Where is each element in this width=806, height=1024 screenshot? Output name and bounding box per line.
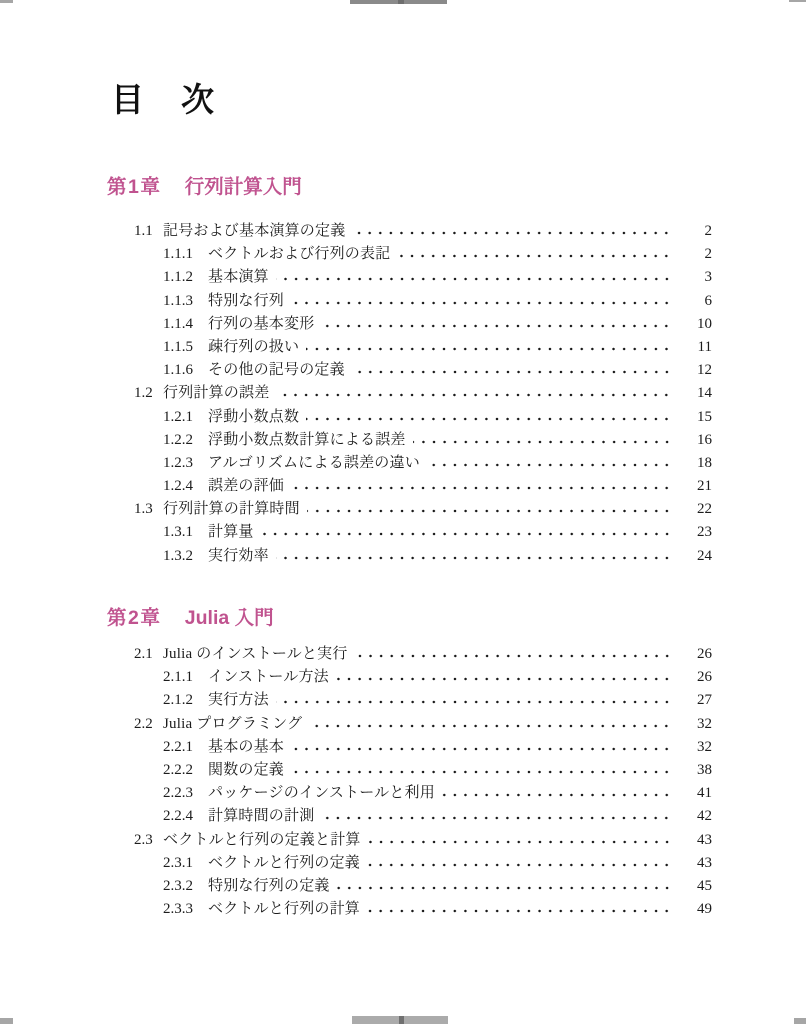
- entry-number: 1.1.2: [163, 266, 208, 289]
- entry-title: ベクトルと行列の定義と計算: [163, 829, 361, 852]
- dot-leader: [442, 793, 672, 797]
- entry-number: 2.3.1: [163, 852, 208, 875]
- entry-title: ベクトルと行列の定義: [208, 852, 360, 875]
- entry-title: アルゴリズムによる誤差の違い: [208, 452, 420, 475]
- toc-entry: 2.1 Julia のインストールと実行 26: [134, 643, 712, 666]
- entry-page-number: 43: [682, 829, 712, 852]
- dot-leader: [367, 909, 672, 913]
- viewer-edge-tick-top: [398, 0, 404, 4]
- entry-title: パッケージのインストールと利用: [208, 782, 435, 805]
- entry-number: 1.1.1: [163, 243, 208, 266]
- dot-leader: [321, 324, 672, 328]
- entry-title: 基本の基本: [208, 736, 284, 759]
- entry-number: 1.1.3: [163, 290, 208, 313]
- viewer-edge-mark-bottom-left: [0, 1018, 13, 1024]
- toc-entry: 1.3 行列計算の計算時間 22: [134, 498, 712, 521]
- entry-title: 基本演算: [208, 266, 269, 289]
- entry-title: 計算量: [208, 521, 254, 544]
- entry-number: 2.1.2: [163, 689, 208, 712]
- toc-entry: 1.1.5 疎行列の扱い 11: [134, 336, 712, 359]
- toc-entry: 2.2.2 関数の定義 38: [134, 759, 712, 782]
- dot-leader: [367, 863, 672, 867]
- entry-page-number: 41: [682, 782, 712, 805]
- toc-entry: 1.2.2 浮動小数点数計算による誤差 16: [134, 429, 712, 452]
- entry-number: 1.2.1: [163, 406, 208, 429]
- entry-title: 計算時間の計測: [208, 805, 314, 828]
- entry-number: 2.2.1: [163, 736, 208, 759]
- entry-title: その他の記号の定義: [208, 359, 345, 382]
- toc-entry: 1.2.4 誤差の評価 21: [134, 475, 712, 498]
- dot-leader: [427, 463, 672, 467]
- dot-leader: [337, 886, 672, 890]
- entry-page-number: 32: [682, 736, 712, 759]
- dot-leader: [368, 840, 672, 844]
- toc-entry: 1.1 記号および基本演算の定義 2: [134, 220, 712, 243]
- entry-title: 行列計算の計算時間: [163, 498, 300, 521]
- entry-number: 2.3.2: [163, 875, 208, 898]
- toc-entry: 2.3.1 ベクトルと行列の定義 43: [134, 852, 712, 875]
- entry-number: 1.3: [134, 498, 163, 521]
- dot-leader: [321, 816, 672, 820]
- dot-leader: [291, 747, 672, 751]
- dot-leader: [306, 347, 672, 351]
- entry-page-number: 2: [682, 243, 712, 266]
- toc-entry: 2.2.4 計算時間の計測 42: [134, 805, 712, 828]
- entry-page-number: 3: [682, 266, 712, 289]
- entry-page-number: 18: [682, 452, 712, 475]
- toc-entry: 2.3 ベクトルと行列の定義と計算 43: [134, 829, 712, 852]
- entry-title: ベクトルと行列の計算: [208, 898, 360, 921]
- entry-page-number: 45: [682, 875, 712, 898]
- entry-page-number: 49: [682, 898, 712, 921]
- entry-number: 2.1: [134, 643, 163, 666]
- entry-page-number: 11: [682, 336, 712, 359]
- entry-title: 特別な行列の定義: [208, 875, 330, 898]
- toc-entry: 1.1.2 基本演算 3: [134, 266, 712, 289]
- entry-page-number: 32: [682, 713, 712, 736]
- entry-title: 実行効率: [208, 545, 269, 568]
- entry-title: 行列計算の誤差: [163, 382, 269, 405]
- toc-page: 目 次 第1章 行列計算入門 1.1 記号および基本演算の定義 2 1.1.1 …: [0, 0, 806, 1024]
- dot-leader: [413, 440, 672, 444]
- entry-number: 2.2.2: [163, 759, 208, 782]
- entry-title: 疎行列の扱い: [208, 336, 299, 359]
- entry-page-number: 24: [682, 545, 712, 568]
- entry-number: 1.2: [134, 382, 163, 405]
- toc-entry: 1.3.1 計算量 23: [134, 521, 712, 544]
- dot-leader: [276, 700, 672, 704]
- entry-page-number: 43: [682, 852, 712, 875]
- page-title: 目 次: [111, 74, 216, 121]
- dot-leader: [276, 556, 672, 560]
- toc-entry: 1.3.2 実行効率 24: [134, 545, 712, 568]
- chapter-2-entries: 2.1 Julia のインストールと実行 26 2.1.1 インストール方法 2…: [134, 643, 712, 921]
- entry-page-number: 10: [682, 313, 712, 336]
- entry-number: 1.1.6: [163, 359, 208, 382]
- dot-leader: [352, 231, 672, 235]
- dot-leader: [355, 654, 672, 658]
- entry-page-number: 6: [682, 290, 712, 313]
- entry-number: 2.3: [134, 829, 163, 852]
- entry-number: 2.3.3: [163, 898, 208, 921]
- entry-page-number: 27: [682, 689, 712, 712]
- entry-title: 記号および基本演算の定義: [163, 220, 345, 243]
- toc-entry: 2.2 Julia プログラミング 32: [134, 713, 712, 736]
- entry-page-number: 14: [682, 382, 712, 405]
- entry-title: ベクトルおよび行列の表記: [208, 243, 390, 266]
- toc-entry: 1.1.1 ベクトルおよび行列の表記 2: [134, 243, 712, 266]
- entry-page-number: 21: [682, 475, 712, 498]
- chapter-2-title: Julia 入門: [185, 607, 274, 629]
- dot-leader: [261, 532, 672, 536]
- entry-page-number: 26: [682, 643, 712, 666]
- dot-leader: [336, 677, 672, 681]
- entry-number: 1.1.4: [163, 313, 208, 336]
- entry-title: 誤差の評価: [208, 475, 284, 498]
- viewer-edge-mark-top-right: [789, 0, 806, 2]
- entry-number: 1.2.3: [163, 452, 208, 475]
- chapter-1-heading: 第1章 行列計算入門: [107, 175, 302, 199]
- dot-leader: [276, 277, 672, 281]
- entry-number: 1.2.2: [163, 429, 208, 452]
- dot-leader: [352, 370, 672, 374]
- entry-number: 1.2.4: [163, 475, 208, 498]
- toc-entry: 1.1.3 特別な行列 6: [134, 290, 712, 313]
- entry-page-number: 15: [682, 406, 712, 429]
- entry-title: 行列の基本変形: [208, 313, 314, 336]
- entry-page-number: 23: [682, 521, 712, 544]
- dot-leader: [291, 301, 672, 305]
- entry-number: 1.1: [134, 220, 163, 243]
- entry-number: 2.2: [134, 713, 163, 736]
- dot-leader: [306, 417, 672, 421]
- chapter-2-label: 第2章: [107, 607, 161, 629]
- dot-leader: [291, 770, 672, 774]
- viewer-edge-mark-bottom-right: [794, 1018, 806, 1024]
- entry-title: 関数の定義: [208, 759, 284, 782]
- entry-number: 2.2.3: [163, 782, 208, 805]
- viewer-edge-tick-bottom: [399, 1016, 404, 1024]
- toc-entry: 2.2.1 基本の基本 32: [134, 736, 712, 759]
- entry-number: 1.1.5: [163, 336, 208, 359]
- toc-entry: 2.1.2 実行方法 27: [134, 689, 712, 712]
- toc-entry: 1.2.1 浮動小数点数 15: [134, 406, 712, 429]
- toc-entry: 1.2.3 アルゴリズムによる誤差の違い 18: [134, 452, 712, 475]
- toc-entry: 1.2 行列計算の誤差 14: [134, 382, 712, 405]
- entry-number: 2.1.1: [163, 666, 208, 689]
- entry-title: 浮動小数点数: [208, 406, 299, 429]
- entry-title: 特別な行列: [208, 290, 284, 313]
- dot-leader: [397, 254, 672, 258]
- toc-entry: 1.1.6 その他の記号の定義 12: [134, 359, 712, 382]
- toc-entry: 2.1.1 インストール方法 26: [134, 666, 712, 689]
- entry-title: Julia プログラミング: [163, 713, 302, 736]
- entry-page-number: 2: [682, 220, 712, 243]
- entry-title: 実行方法: [208, 689, 269, 712]
- toc-entry: 2.3.2 特別な行列の定義 45: [134, 875, 712, 898]
- chapter-2-heading: 第2章 Julia 入門: [107, 606, 274, 630]
- entry-page-number: 42: [682, 805, 712, 828]
- entry-page-number: 12: [682, 359, 712, 382]
- entry-number: 1.3.2: [163, 545, 208, 568]
- entry-title: 浮動小数点数計算による誤差: [208, 429, 406, 452]
- dot-leader: [307, 509, 672, 513]
- toc-entry: 2.2.3 パッケージのインストールと利用 41: [134, 782, 712, 805]
- chapter-1-entries: 1.1 記号および基本演算の定義 2 1.1.1 ベクトルおよび行列の表記 2 …: [134, 220, 712, 568]
- dot-leader: [309, 724, 672, 728]
- toc-entry: 1.1.4 行列の基本変形 10: [134, 313, 712, 336]
- dot-leader: [291, 486, 672, 490]
- toc-entry: 2.3.3 ベクトルと行列の計算 49: [134, 898, 712, 921]
- chapter-1-title: 行列計算入門: [185, 176, 302, 198]
- entry-title: Julia のインストールと実行: [163, 643, 348, 666]
- entry-number: 2.2.4: [163, 805, 208, 828]
- dot-leader: [276, 393, 672, 397]
- entry-number: 1.3.1: [163, 521, 208, 544]
- entry-page-number: 22: [682, 498, 712, 521]
- viewer-edge-mark-top-left: [0, 0, 13, 3]
- entry-page-number: 26: [682, 666, 712, 689]
- entry-title: インストール方法: [208, 666, 329, 689]
- entry-page-number: 16: [682, 429, 712, 452]
- entry-page-number: 38: [682, 759, 712, 782]
- chapter-1-label: 第1章: [107, 176, 161, 198]
